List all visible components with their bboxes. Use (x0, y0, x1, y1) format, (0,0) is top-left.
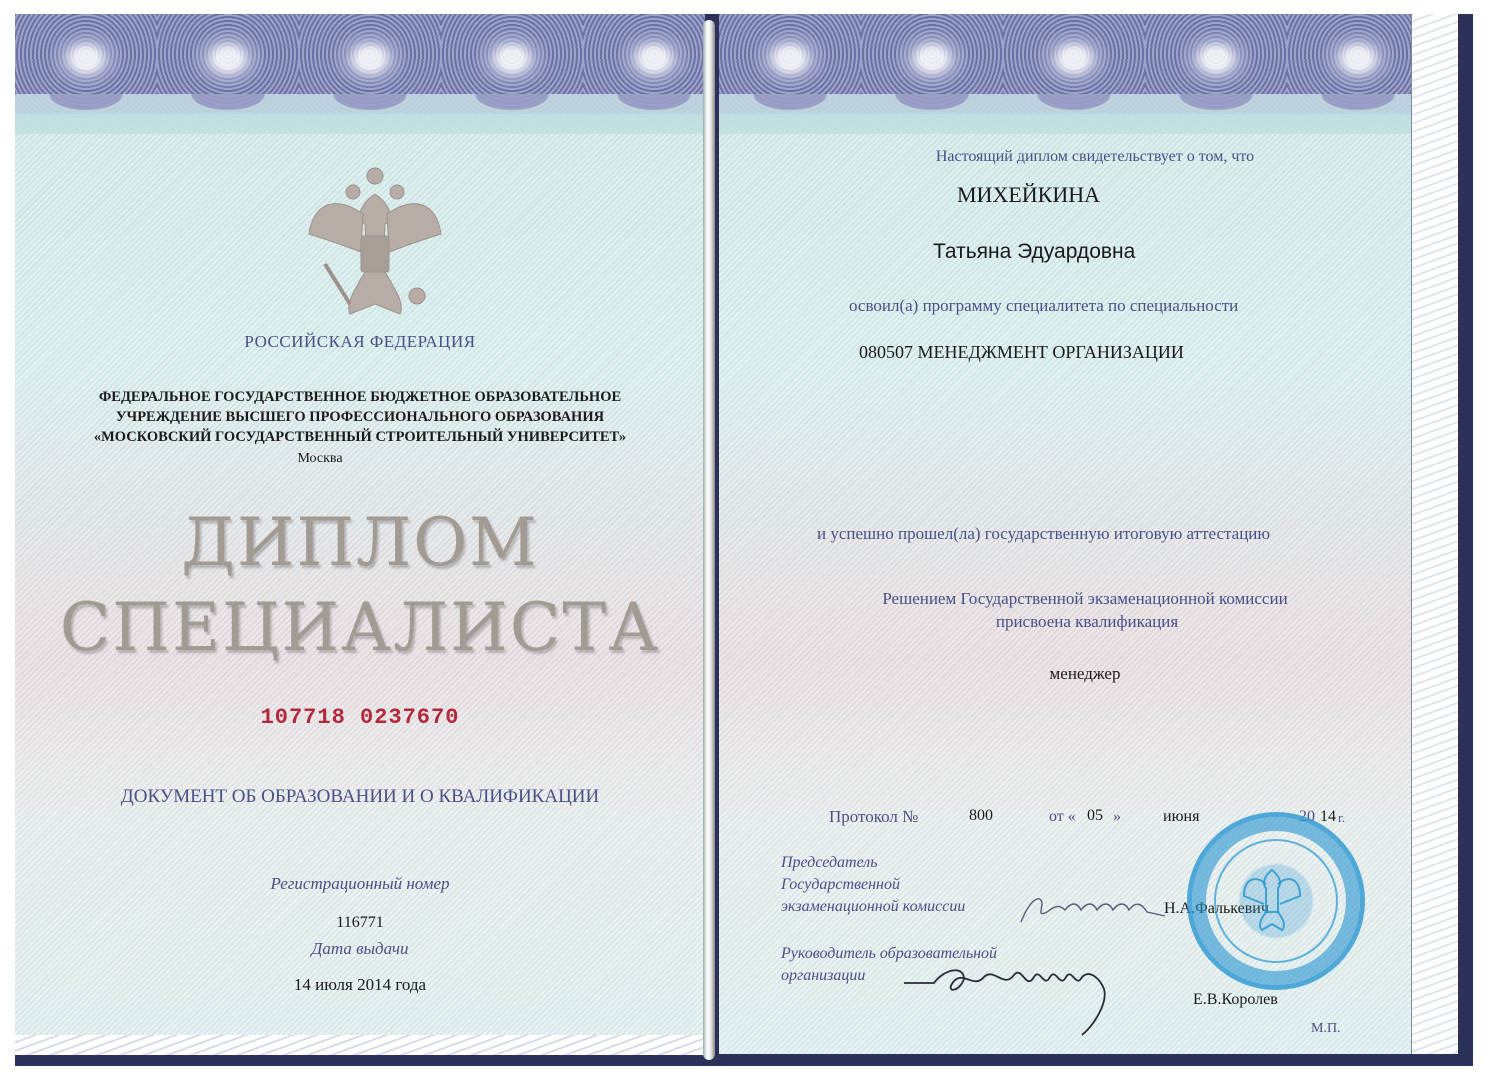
seal-place: М.П. (1311, 1021, 1341, 1037)
qualification: менеджер (719, 664, 1411, 684)
attestation-text: и успешно прошел(ла) государственную ито… (817, 524, 1270, 544)
protocol-day-close: » (1113, 808, 1121, 826)
issue-date: 14 июля 2014 года (15, 975, 705, 995)
page-edge-watermark (15, 1035, 705, 1055)
protocol-from-label: от « (1049, 808, 1076, 826)
diploma-title-line-2: СПЕЦИАЛИСТА (15, 589, 705, 666)
chairman-label-3: экзаменационной комиссии (781, 898, 965, 916)
reg-number: 116771 (15, 914, 705, 932)
guilloche-wave (15, 94, 705, 134)
page-edge-watermark (1411, 14, 1458, 1054)
decision-line-2: присвоена квалификация (719, 612, 1411, 632)
protocol-number: 800 (969, 807, 993, 825)
seal-eagle-icon (1242, 862, 1302, 932)
institution-line-3: «МОСКОВСКИЙ ГОСУДАРСТВЕННЫЙ СТРОИТЕЛЬНЫЙ… (15, 429, 705, 446)
guilloche-wave (719, 94, 1411, 134)
city: Москва (15, 451, 665, 467)
program-text: освоил(а) программу специалитета по спец… (849, 296, 1238, 316)
document-type: ДОКУМЕНТ ОБ ОБРАЗОВАНИИ И О КВАЛИФИКАЦИИ (15, 786, 705, 808)
protocol-month: июня (1163, 808, 1199, 826)
official-seal-icon (1187, 812, 1365, 990)
serial-number: 107718 0237670 (15, 705, 705, 730)
holder-given-names: Татьяна Эдуардовна (933, 240, 1135, 264)
coat-of-arms-icon (305, 164, 445, 324)
chairman-label-1: Председатель (781, 854, 878, 872)
protocol-year-unit: г. (1338, 810, 1345, 826)
diploma-left-page: РОССИЙСКАЯ ФЕДЕРАЦИЯ ФЕДЕРАЛЬНОЕ ГОСУДАР… (15, 14, 705, 1054)
intro-text: Настоящий диплом свидетельствует о том, … (719, 148, 1411, 166)
issue-date-label: Дата выдачи (15, 939, 705, 959)
specialty: 080507 МЕНЕДЖМЕНТ ОРГАНИЗАЦИИ (859, 342, 1184, 363)
decision-line-1: Решением Государственной экзаменационной… (719, 589, 1411, 609)
chairman-signature-icon (1019, 892, 1169, 928)
chairman-label-2: Государственной (781, 876, 900, 894)
protocol-year-suffix: 14 (1320, 808, 1336, 826)
binding-spine (703, 20, 715, 1060)
head-signature-icon (904, 959, 1134, 1039)
head-label-2: организации (781, 967, 865, 985)
institution-line-2: УЧРЕЖДЕНИЕ ВЫСШЕГО ПРОФЕССИОНАЛЬНОГО ОБР… (15, 409, 705, 426)
holder-surname: МИХЕЙКИНА (957, 182, 1100, 208)
institution-line-1: ФЕДЕРАЛЬНОЕ ГОСУДАРСТВЕННОЕ БЮДЖЕТНОЕ ОБ… (15, 389, 705, 406)
protocol-day: 05 (1087, 807, 1103, 825)
protocol-label: Протокол № (829, 807, 918, 827)
reg-number-label: Регистрационный номер (15, 874, 705, 894)
country-name: РОССИЙСКАЯ ФЕДЕРАЦИЯ (15, 332, 705, 352)
head-name: Е.В.Королев (1193, 991, 1278, 1009)
diploma-title-line-1: ДИПЛОМ (15, 504, 705, 581)
